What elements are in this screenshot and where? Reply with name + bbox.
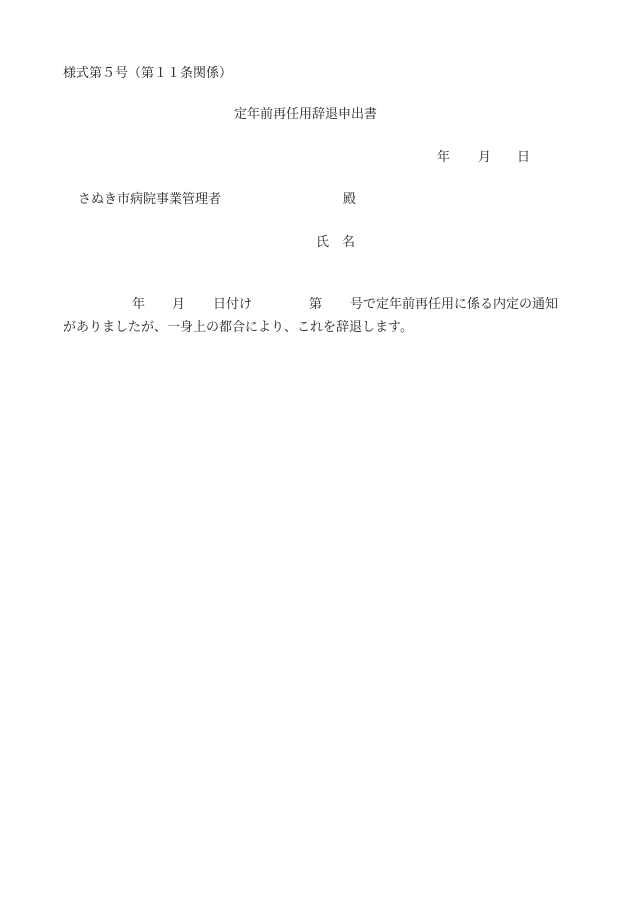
body-year-label: 年: [132, 297, 145, 313]
honorific: 殿: [343, 192, 356, 208]
body-number-prefix: 第: [309, 297, 322, 313]
date-day-label: 日: [517, 150, 530, 166]
addressee: さぬき市病院事業管理者: [78, 192, 221, 208]
document-title: 定年前再任用辞退申出書: [234, 107, 377, 123]
date-month-label: 月: [478, 150, 491, 166]
body-line2-text: がありましたが、一身上の都合により、これを辞退します。: [63, 320, 413, 336]
body-date-suffix: 日付け: [213, 297, 252, 313]
body-line1-text: 号で定年前再任用に係る内定の通知: [350, 297, 558, 313]
body-month-label: 月: [172, 297, 185, 313]
form-number: 様式第５号（第１１条関係）: [63, 66, 232, 82]
name-label: 氏 名: [316, 235, 355, 251]
date-year-label: 年: [437, 150, 450, 166]
